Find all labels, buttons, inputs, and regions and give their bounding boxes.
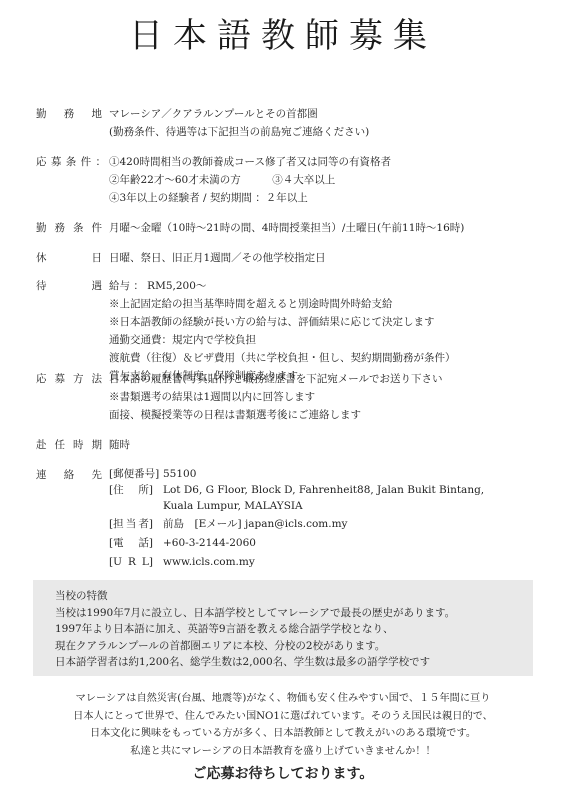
section-label: 応 募 方 法 — [36, 370, 102, 388]
page-title: 日本語教師募集 — [0, 14, 566, 58]
key-part: 者] — [138, 515, 153, 534]
person-key: [担当者] — [109, 515, 153, 534]
features-heading: 当校の特徴 — [55, 588, 455, 605]
label-char: 遇 — [92, 277, 103, 295]
benefit-item: 通勤交通費：規定内で学校負担 — [109, 331, 539, 349]
label-char: 期 — [92, 436, 103, 454]
apply-note: 面接、模擬授業等の日程は書類選考後にご連絡します — [109, 406, 539, 424]
label-char: 条 — [66, 153, 77, 171]
key-part: R — [128, 553, 136, 572]
address-value: Lot D6, G Floor, Block D, Fahrenheit88, … — [163, 484, 484, 496]
label-char: 件 — [81, 153, 92, 171]
key-part: [担 — [109, 515, 124, 534]
apply-note: ※書類選考の結果は1週間以内に回答します — [109, 388, 539, 406]
label-char: 件 — [92, 219, 103, 237]
apply-instruction: 日本語の履歴書(写真貼付)と職務経歴書を下記宛メールでお送り下さい — [109, 370, 539, 388]
contact-phone: [電話]+60-3-2144-2060 — [109, 534, 539, 553]
key-part: [U — [109, 553, 122, 572]
contact-url: [URL]www.icls.com.my — [109, 553, 539, 572]
closing-line: 日本人にとって世界で、住んでみたい国NO1に選ばれています。そのうえ国民は親日的… — [0, 708, 566, 726]
closing-line: 私達と共にマレーシアの日本語教育を盛り上げていきませんか！！ — [0, 743, 566, 761]
section-label: 連 絡 先 — [36, 466, 102, 484]
person-value: 前島 [Eメール] japan@icls.com.my — [163, 518, 347, 530]
key-part: 話] — [138, 534, 153, 553]
section-label: 待 遇 — [36, 277, 102, 295]
key-part: 所] — [138, 482, 153, 498]
label-char: 休 — [36, 249, 47, 267]
label-char: 待 — [36, 277, 47, 295]
label-char: 時 — [73, 436, 84, 454]
label-char: 先 — [92, 466, 103, 484]
key-part: 当 — [126, 515, 137, 534]
label-char: 条 — [73, 219, 84, 237]
benefit-item: ※日本語教師の経験が長い方の給与は、評価結果に応じて決定します — [109, 313, 539, 331]
phone-value: +60-3-2144-2060 — [163, 537, 256, 549]
label-char: ： — [96, 153, 107, 171]
contact-postal: [郵便番号]55100 — [109, 466, 539, 482]
call-to-action: ご応募お待ちしております。 — [0, 762, 566, 786]
label-char: 募 — [55, 370, 66, 388]
key-part: L] — [142, 553, 153, 572]
key-part: [電 — [109, 534, 124, 553]
benefit-item: 渡航費（往復）＆ビザ費用（共に学校負担・但し、契約期間勤務が条件） — [109, 349, 539, 367]
section-label: 勤 務 条 件 — [36, 219, 102, 237]
section-label: 応 募 条 件 ： — [36, 153, 106, 171]
label-char: 応 — [36, 370, 47, 388]
label-char: 勤 — [36, 219, 47, 237]
contact-address: [住所]Lot D6, G Floor, Block D, Fahrenheit… — [109, 482, 539, 498]
label-char: 絡 — [64, 466, 75, 484]
label-char: 務 — [55, 219, 66, 237]
contact-person: [担当者]前島 [Eメール] japan@icls.com.my — [109, 515, 539, 534]
label-char: 任 — [55, 436, 66, 454]
label-char: 応 — [36, 153, 47, 171]
label-char: 募 — [51, 153, 62, 171]
label-char: 日 — [92, 249, 103, 267]
requirement-item: ②年齢22才～60才未満の方 ③４大卒以上 — [109, 171, 539, 189]
closing-message: マレーシアは自然災害(台風、地震等)がなく、物価も安く住みやすい国で、１５年間に… — [0, 690, 566, 786]
section-label: 休 日 — [36, 249, 102, 267]
label-char: 勤 — [36, 105, 47, 123]
url-key: [URL] — [109, 553, 153, 572]
section-label: 勤 務 地 — [36, 105, 102, 123]
label-char: 連 — [36, 466, 47, 484]
feature-line: 当校は1990年7月に設立し、日本語学校としてマレーシアで最長の歴史があります。 — [55, 605, 455, 622]
address-value-line2: Kuala Lumpur, MALAYSIA — [109, 498, 539, 515]
location-note: (勤務条件、待遇等は下記担当の前島宛ご連絡ください) — [109, 123, 539, 141]
requirement-item: ①420時間相当の教師養成コース修了者又は同等の有資格者 — [109, 153, 539, 171]
postal-value: 55100 — [163, 468, 196, 480]
holidays-text: 日曜、祭日、旧正月1週間／その他学校指定日 — [109, 249, 539, 267]
address-key: [住所] — [109, 482, 153, 498]
work-hours: 月曜～金曜（10時～21時の間、4時間授業担当）/土曜日(午前11時～16時) — [109, 219, 539, 237]
start-date-value: 随時 — [109, 436, 539, 454]
url-value: www.icls.com.my — [163, 556, 255, 568]
school-features-box: 当校の特徴 当校は1990年7月に設立し、日本語学校としてマレーシアで最長の歴史… — [33, 580, 533, 676]
feature-line: 現在クアラルンプールの首都圏エリアに本校、分校の2校があります。 — [55, 638, 455, 655]
closing-line: マレーシアは自然災害(台風、地震等)がなく、物価も安く住みやすい国で、１５年間に… — [0, 690, 566, 708]
salary: 給与 ： RM5,200～ — [109, 277, 539, 295]
label-char: 赴 — [36, 436, 47, 454]
requirement-item: ④3年以上の経験者 / 契約期間 ：２年以上 — [109, 189, 539, 207]
label-char: 方 — [73, 370, 84, 388]
postal-key: [郵便番号] — [109, 466, 163, 482]
feature-line: 日本語学習者は約1,200名、総学生数は2,000名、学生数は最多の語学学校です — [55, 654, 455, 671]
phone-key: [電話] — [109, 534, 153, 553]
section-label: 赴 任 時 期 — [36, 436, 102, 454]
key-part: [住 — [109, 482, 124, 498]
feature-line: 1997年より日本語に加え、英語等9言語を教える総合語学学校となり、 — [55, 621, 455, 638]
benefit-item: ※上記固定給の担当基準時間を超えると別途時間外時給支給 — [109, 295, 539, 313]
label-char: 地 — [92, 105, 103, 123]
label-char: 法 — [92, 370, 103, 388]
location-text: マレーシア／クアラルンプールとその首都圏 — [109, 105, 539, 123]
closing-line: 日本文化に興味をもっている方が多く、日本語教師として教えがいのある環境です。 — [0, 725, 566, 743]
label-char: 務 — [64, 105, 75, 123]
